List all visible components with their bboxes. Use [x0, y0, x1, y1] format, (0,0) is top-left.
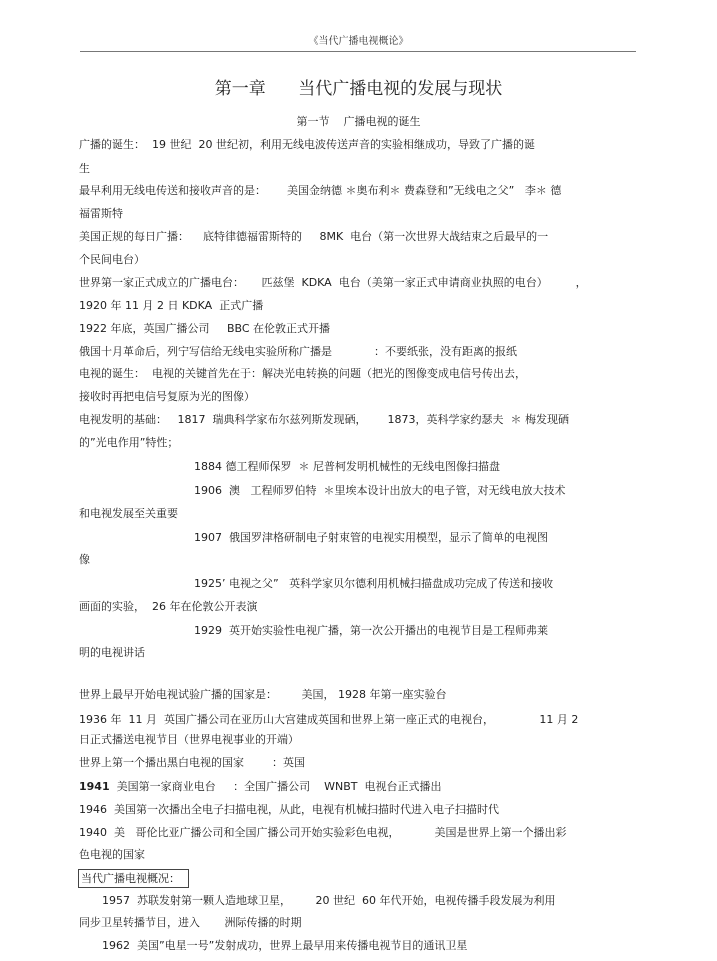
text-line: 日正式播送电视节目（世界电视事业的开端） [79, 733, 299, 747]
text-line: 1936 年 11 月 英国广播公司在亚历山大宫建成英国和世界上第一座正式的电视… [79, 713, 578, 727]
year-label: 1941 [79, 780, 110, 793]
text-line: 世界第一家正式成立的广播电台： 匹兹堡 KDKA 电台（美第一家正式申请商业执照… [79, 276, 587, 290]
text-line: 1906 澳 工程师罗伯特 ＊里埃本设计出放大的电子管，对无线电放大技术 [194, 484, 565, 498]
text-line: 最早利用无线电传送和接收声音的是： 美国金纳德 ＊奥布利＊ 费森登和”无线电之父… [79, 184, 561, 198]
text-line: 1884 德工程师保罗 ＊ 尼普柯发明机械性的无线电图像扫描盘 [194, 460, 500, 474]
text-line: 同步卫星转播节目，进入 洲际传播的时期 [79, 916, 301, 930]
text-line: 福雷斯特 [79, 207, 123, 221]
text-line: 电视发明的基础： 1817 瑞典科学家布尔兹列斯发现硒， 1873，英科学家约瑟… [79, 413, 569, 427]
text-line: 生 [79, 162, 90, 176]
text-line: 1946 美国第一次播出全电子扫描电视，从此，电视有机械扫描时代进入电子扫描时代 [79, 803, 499, 817]
text-segment: 美国第一家商业电台 ：全国广播公司 WNBT 电视台正式播出 [110, 780, 442, 793]
boxed-heading: 当代广播电视概况： [78, 869, 189, 888]
text-line: 像 [79, 553, 90, 567]
text-line: 个民间电台） [79, 253, 145, 267]
text-line: 电视的诞生： 电视的关键首先在于：解决光电转换的问题（把光的图像变成电信号传出去… [79, 367, 526, 381]
text-line: 世界上第一个播出黑白电视的国家 ：英国 [79, 756, 305, 770]
section-title: 第一节 广播电视的诞生 [0, 113, 717, 129]
text-line: 1957 苏联发射第一颗人造地球卫星， 20 世纪 60 年代开始，电视传播手段… [102, 894, 555, 908]
text-line: 的”光电作用”特性； [79, 436, 178, 450]
text-line: 接收时再把电信号复原为光的图像） [79, 390, 255, 404]
text-line: 色电视的国家 [79, 848, 145, 862]
text-line-1941: 1941 美国第一家商业电台 ：全国广播公司 WNBT 电视台正式播出 [79, 780, 441, 794]
text-line: 1920 年 11 月 2 日 KDKA 正式广播 [79, 299, 263, 313]
text-line: 1962 美国”电星一号”发射成功，世界上最早用来传播电视节目的通讯卫星 [102, 939, 467, 953]
text-line: 世界上最早开始电视试验广播的国家是： 美国， 1928 年第一座实验台 [79, 688, 446, 702]
running-header: 《当代广播电视概论》 [0, 32, 717, 47]
text-line: 1929 英开始实验性电视广播，第一次公开播出的电视节目是工程师弗莱 [194, 624, 548, 638]
text-line: 1940 美 哥伦比亚广播公司和全国广播公司开始实验彩色电视， 美国是世界上第一… [79, 826, 566, 840]
text-line: 画面的实验， 26 年在伦敦公开表演 [79, 600, 258, 614]
text-line: 1907 俄国罗津格研制电子射束管的电视实用模型，显示了简单的电视图 [194, 531, 548, 545]
text-line: 1925’ 电视之父” 英科学家贝尔德利用机械扫描盘成功完成了传送和接收 [194, 577, 553, 591]
text-line: 美国正规的每日广播： 底特律德福雷斯特的 8MK 电台（第一次世界大战结束之后最… [79, 230, 548, 244]
text-line: 广播的诞生： 19 世纪 20 世纪初，利用无线电波传送声音的实验相继成功，导致… [79, 138, 535, 152]
text-line: 1922 年底，英国广播公司 BBC 在伦敦正式开播 [79, 322, 330, 336]
chapter-title: 第一章 当代广播电视的发展与现状 [0, 74, 717, 99]
text-line: 明的电视讲话 [79, 646, 145, 660]
text-line: 俄国十月革命后，列宁写信给无线电实验所称广播是 ：不要纸张，没有距离的报纸 [79, 345, 517, 359]
text-line: 和电视发展至关重要 [79, 507, 178, 521]
header-rule [80, 51, 636, 52]
